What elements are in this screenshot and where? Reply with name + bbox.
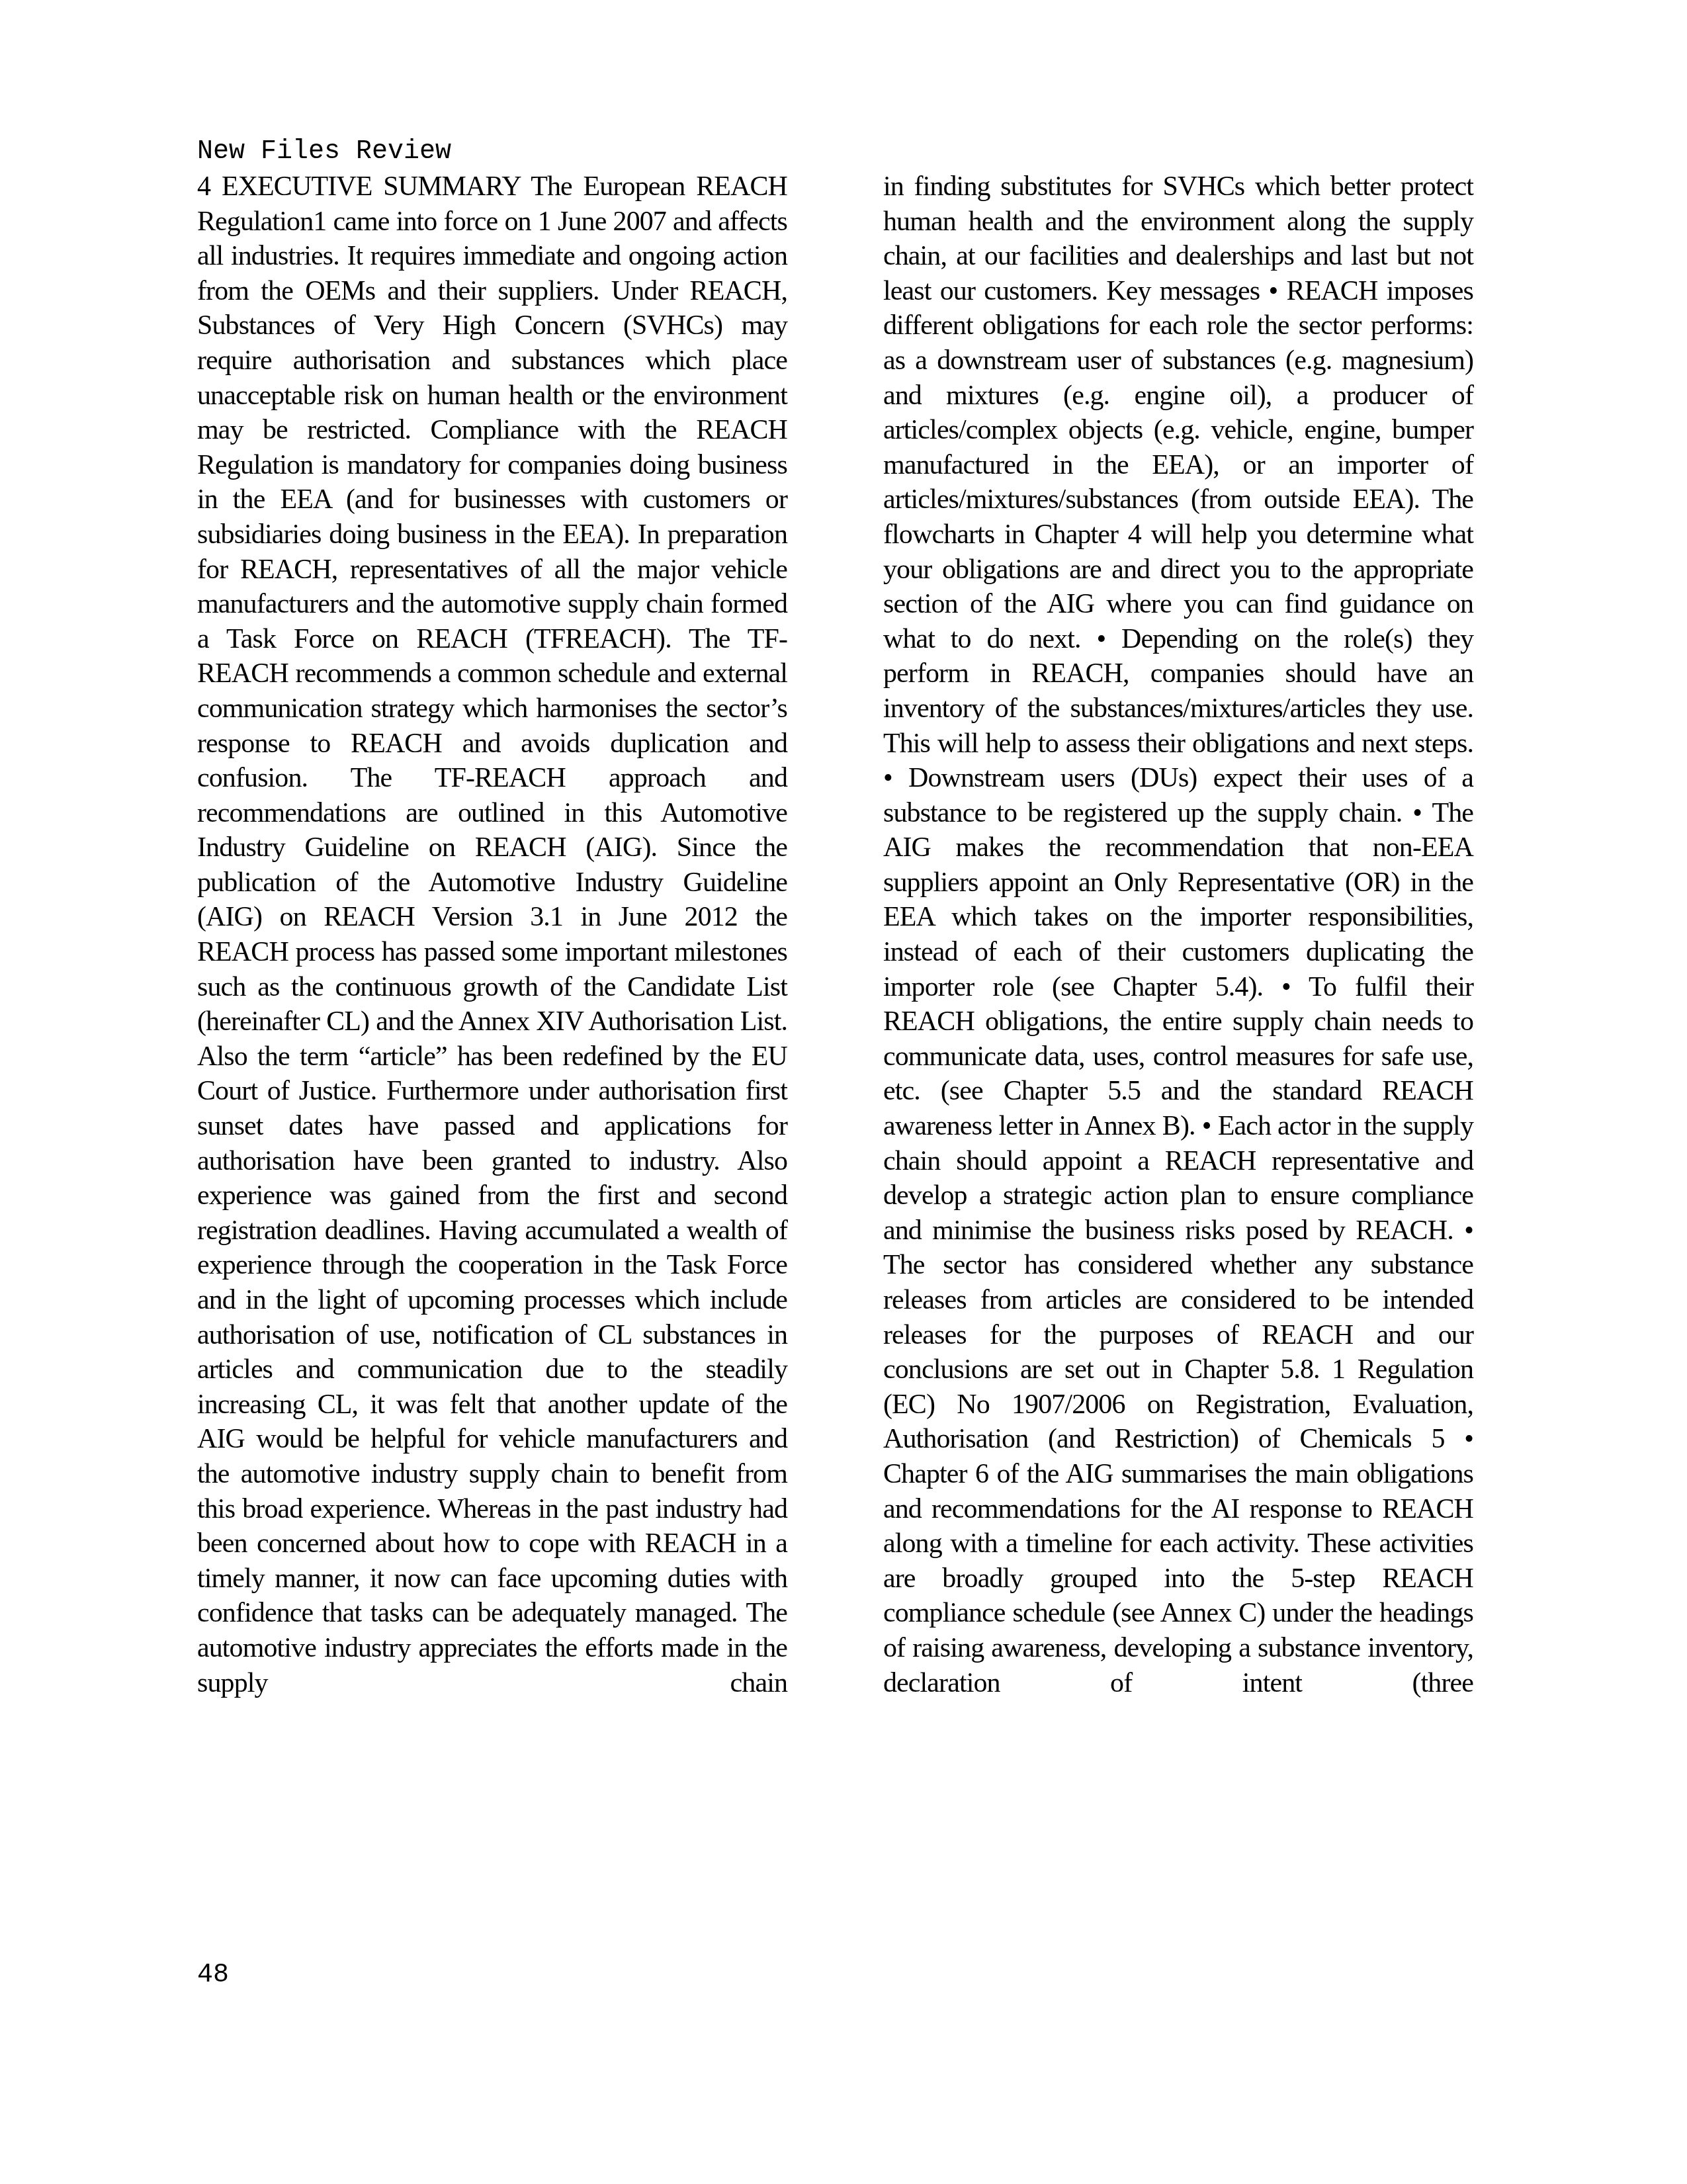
text-column-right: in finding substitutes for SVHCs which b… — [883, 169, 1473, 1700]
running-header: New Files Review — [197, 135, 451, 169]
body-text-left: 4 EXECUTIVE SUMMARY The European REACH R… — [197, 169, 787, 1700]
document-page: New Files Review 4 EXECUTIVE SUMMARY The… — [0, 0, 1687, 2184]
page-number: 48 — [197, 1958, 229, 1993]
body-text-right: in finding substitutes for SVHCs which b… — [883, 169, 1473, 1700]
text-column-left: 4 EXECUTIVE SUMMARY The European REACH R… — [197, 169, 787, 1700]
